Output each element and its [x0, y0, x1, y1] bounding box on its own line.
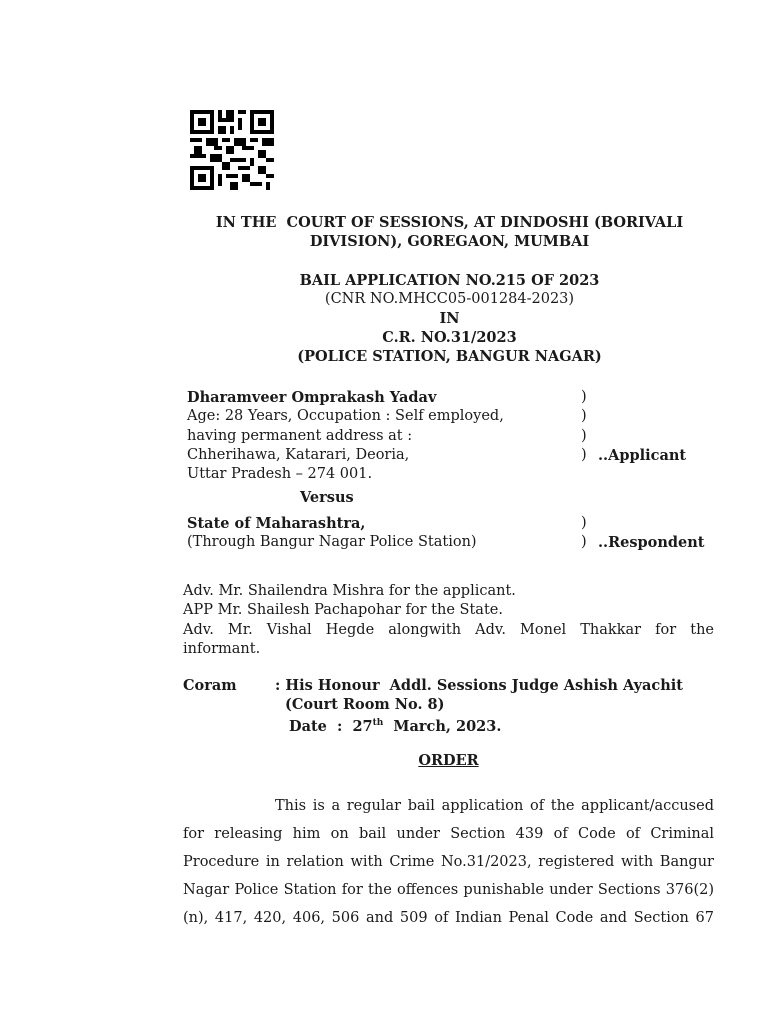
order-title: ORDER [183, 752, 714, 769]
respondent-role: ..Respondent [598, 533, 705, 552]
applicant-name: Dharamveer Omprakash Yadav [187, 388, 436, 407]
respondent-through: (Through Bangur Nagar Police Station) [187, 533, 477, 552]
respondent-name: State of Maharashtra, [187, 514, 365, 533]
bracket: ) [581, 533, 587, 552]
bracket: ) [581, 446, 587, 465]
court-heading-line2: DIVISION), GOREGAON, MUMBAI [183, 232, 716, 251]
coram-label: Coram [183, 676, 237, 695]
order-line: Nagar Police Station for the offences pu… [183, 876, 714, 904]
applicant-state: Uttar Pradesh – 274 001. [187, 465, 372, 484]
advocate-informant-cont: informant. [183, 640, 714, 659]
coram-date: Date : 27th March, 2023. [289, 714, 501, 736]
coram-judge: : His Honour Addl. Sessions Judge Ashish… [275, 676, 683, 695]
advocate-applicant: Adv. Mr. Shailendra Mishra for the appli… [183, 582, 714, 601]
cnr-number: (CNR NO.MHCC05-001284-2023) [183, 290, 716, 309]
qr-code-icon [190, 110, 274, 190]
bracket: ) [581, 388, 587, 407]
applicant-age: Age: 28 Years, Occupation : Self employe… [187, 407, 504, 426]
court-heading: IN THE COURT OF SESSIONS, AT DINDOSHI (B… [183, 213, 716, 251]
respondent-block: State of Maharashtra,) (Through Bangur N… [187, 514, 717, 553]
order-line: for releasing him on bail under Section … [183, 820, 714, 848]
case-heading: BAIL APPLICATION NO.215 OF 2023 (CNR NO.… [183, 271, 716, 366]
applicant-role: ..Applicant [598, 446, 686, 465]
in-label: IN [183, 309, 716, 328]
advocate-state: APP Mr. Shailesh Pachapohar for the Stat… [183, 601, 714, 620]
versus-label: Versus [300, 489, 354, 506]
date-label: Date : 27 [289, 718, 373, 735]
cr-number: C.R. NO.31/2023 [183, 328, 716, 347]
bracket: ) [581, 427, 587, 446]
order-line: (n), 417, 420, 406, 506 and 509 of India… [183, 904, 714, 932]
applicant-block: Dharamveer Omprakash Yadav) Age: 28 Year… [187, 388, 717, 484]
date-value: March, 2023. [383, 718, 501, 735]
application-number: BAIL APPLICATION NO.215 OF 2023 [183, 271, 716, 290]
coram-court-room: (Court Room No. 8) [285, 695, 445, 714]
court-heading-line1: IN THE COURT OF SESSIONS, AT DINDOSHI (B… [183, 213, 716, 232]
document-page: IN THE COURT OF SESSIONS, AT DINDOSHI (B… [0, 0, 768, 1024]
order-line: This is a regular bail application of th… [183, 792, 714, 820]
bracket: ) [581, 514, 587, 533]
police-station: (POLICE STATION, BANGUR NAGAR) [183, 347, 716, 366]
bracket: ) [581, 407, 587, 426]
applicant-address: Chherihawa, Katarari, Deoria, [187, 446, 409, 465]
date-suffix: th [373, 718, 384, 728]
advocate-informant: Adv. Mr. Vishal Hegde alongwith Adv. Mon… [183, 621, 714, 640]
order-body: This is a regular bail application of th… [183, 792, 714, 932]
advocates-block: Adv. Mr. Shailendra Mishra for the appli… [183, 582, 714, 659]
order-line: Procedure in relation with Crime No.31/2… [183, 848, 714, 876]
applicant-address-label: having permanent address at : [187, 427, 412, 446]
